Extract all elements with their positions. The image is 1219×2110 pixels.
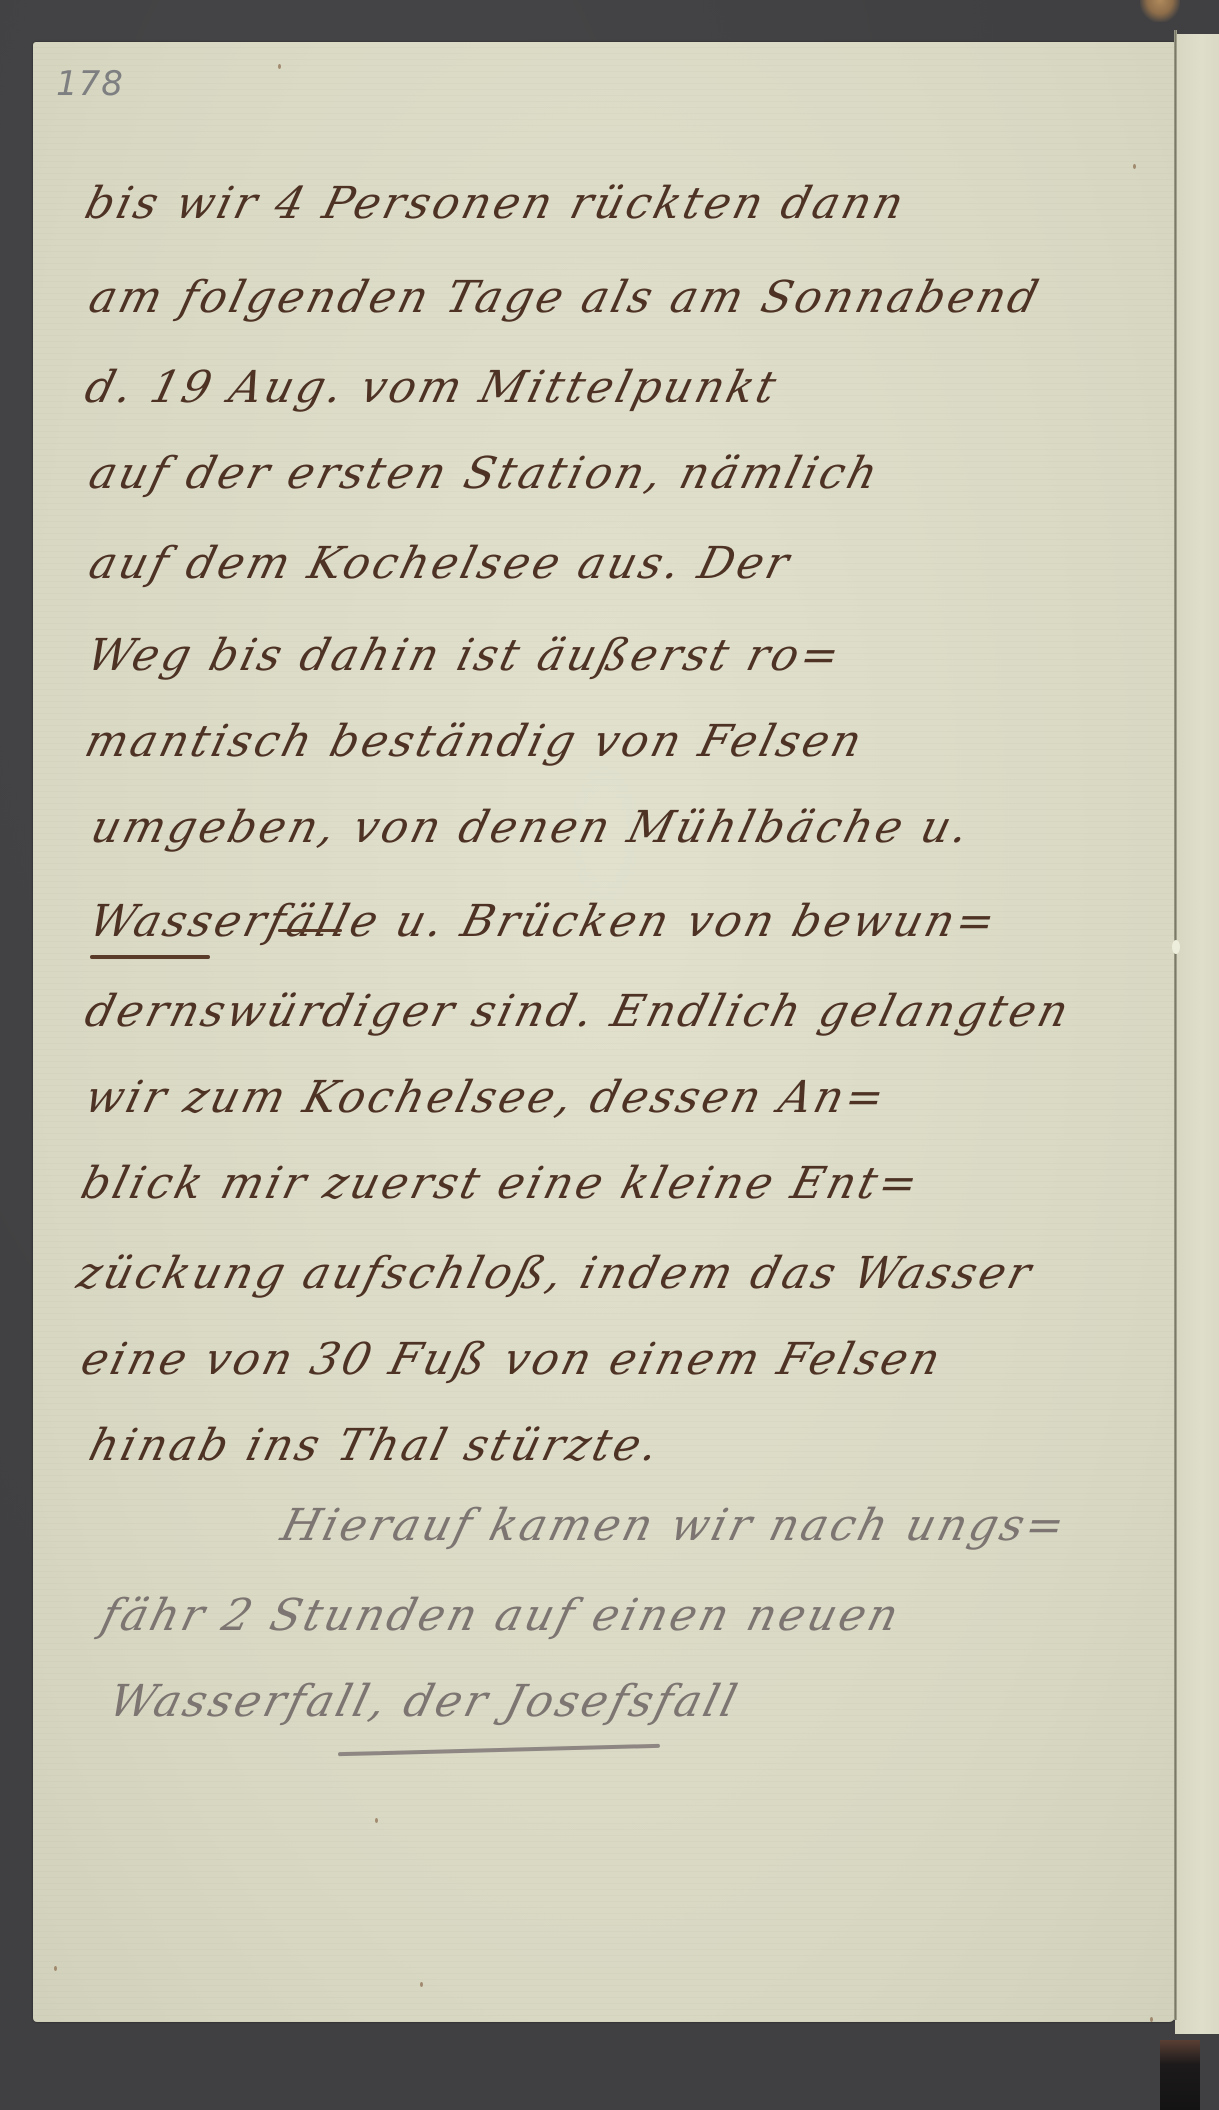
manuscript-line-13: zückung aufschloß, indem das Wasser — [72, 1248, 1039, 1299]
binding-gap-bottom — [1160, 2040, 1200, 2110]
manuscript-line-2: am folgenden Tage als am Sonnabend — [84, 272, 1046, 323]
paper-speck — [54, 1966, 57, 1971]
manuscript-line-14: eine von 30 Fuß von einem Felsen — [76, 1334, 948, 1385]
manuscript-line-11: wir zum Kochelsee, dessen An= — [80, 1072, 892, 1123]
manuscript-line-16: Hierauf kamen wir nach ungs= — [276, 1500, 1073, 1551]
manuscript-line-4: auf der ersten Station, nämlich — [84, 448, 886, 499]
manuscript-line-12: blick mir zuerst eine kleine Ent= — [76, 1158, 926, 1209]
binding-thread-top — [1140, 0, 1180, 22]
manuscript-line-10: dernswürdiger sind. Endlich gelangten — [80, 986, 1076, 1037]
paper-speck — [278, 64, 281, 69]
gutter-nick — [1172, 940, 1180, 954]
paper-speck — [1133, 164, 1136, 169]
manuscript-line-17: fähr 2 Stunden auf einen neuen — [96, 1590, 906, 1641]
folio-number: 178 — [56, 64, 124, 104]
paper-speck — [420, 1982, 423, 1987]
manuscript-line-5: auf dem Kochelsee aus. Der — [84, 538, 797, 589]
facing-page-edge — [1175, 34, 1219, 2034]
paper-speck — [1150, 2017, 1153, 2022]
manuscript-line-6: Weg bis dahin ist äußerst ro= — [82, 630, 847, 681]
underline-bruecken — [278, 929, 342, 932]
manuscript-line-9: Wasserfälle u. Brücken von bewun= — [84, 896, 1003, 947]
book-gutter — [1174, 30, 1177, 2020]
manuscript-line-3: d. 19 Aug. vom Mittelpunkt — [80, 362, 784, 413]
manuscript-line-7: mantisch beständig von Felsen — [80, 716, 870, 767]
paper-speck — [375, 1818, 378, 1823]
manuscript-line-1: bis wir 4 Personen rückten dann — [80, 178, 912, 229]
manuscript-line-18: Wasserfall, der Josefsfall — [104, 1676, 745, 1727]
manuscript-line-8: umgeben, von denen Mühlbäche u. — [86, 802, 977, 853]
manuscript-line-15: hinab ins Thal stürzte. — [84, 1420, 666, 1471]
underline-wasserfaelle — [90, 955, 210, 959]
